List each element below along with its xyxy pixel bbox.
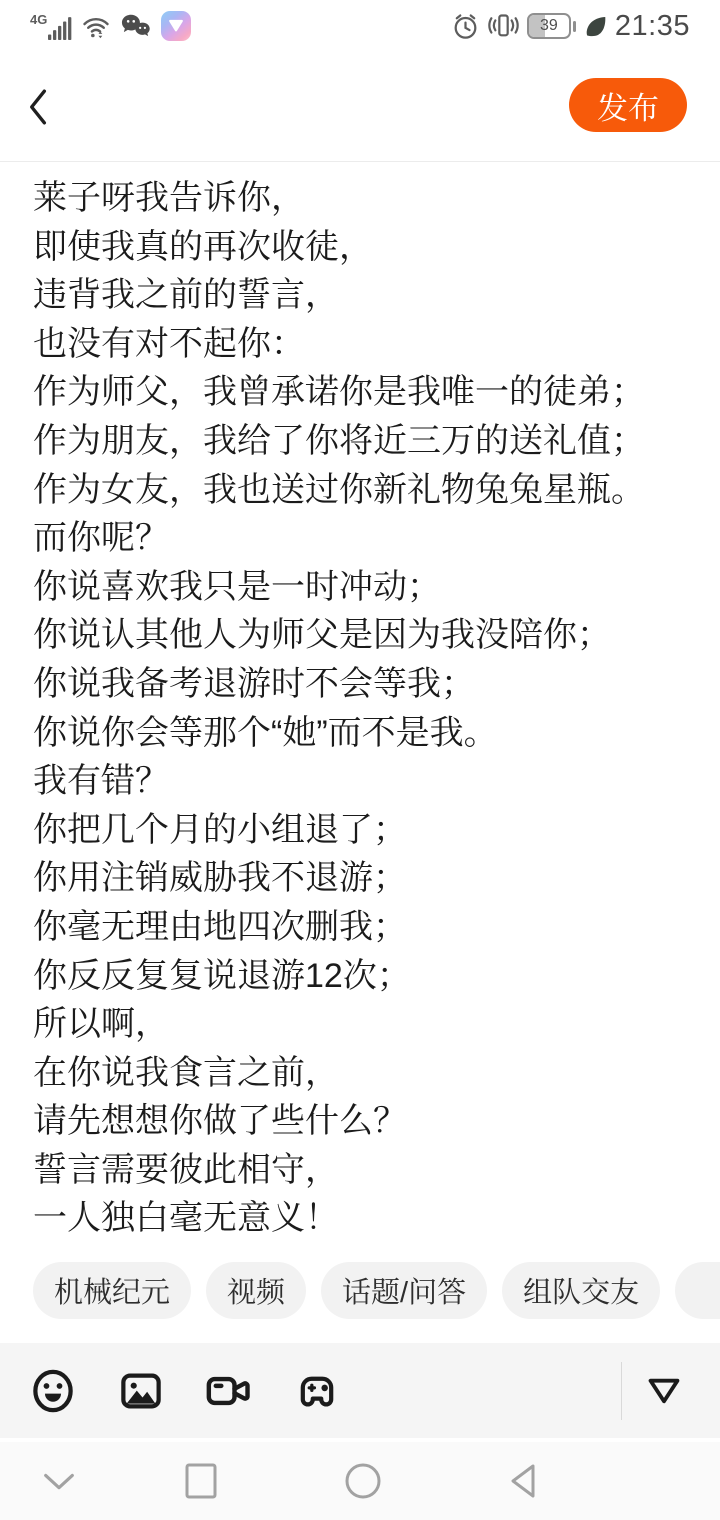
- square-icon: [184, 1462, 218, 1500]
- app-badge-icon: [161, 11, 191, 41]
- header: 发布: [0, 52, 720, 162]
- status-bar: 4G: [0, 0, 720, 52]
- emoji-icon: [30, 1368, 76, 1414]
- circle-icon: [344, 1462, 382, 1500]
- publish-button[interactable]: 发布: [569, 78, 687, 132]
- power-saving-leaf-icon: [583, 14, 608, 39]
- insert-video-button[interactable]: [206, 1368, 252, 1414]
- insert-image-button[interactable]: [118, 1368, 164, 1414]
- insert-game-button[interactable]: [294, 1368, 340, 1414]
- battery-percent: 39: [540, 17, 558, 35]
- composer-toolbar: [0, 1343, 720, 1438]
- status-left-cluster: 4G: [30, 11, 200, 41]
- status-right-cluster: 39 21:35: [444, 10, 690, 43]
- battery-cap: [573, 21, 576, 32]
- emoji-button[interactable]: [30, 1368, 76, 1414]
- system-navbar: [0, 1442, 720, 1520]
- network-type-label: 4G: [30, 13, 47, 26]
- signal-strength-icon: 4G: [30, 13, 72, 40]
- image-icon: [118, 1368, 164, 1414]
- nav-back-button[interactable]: [490, 1442, 554, 1520]
- status-time: 21:35: [615, 10, 690, 43]
- triangle-left-icon: [505, 1462, 539, 1500]
- back-button[interactable]: [26, 85, 66, 129]
- toolbar-divider: [621, 1362, 622, 1420]
- game-icon: [294, 1368, 340, 1414]
- tag-chip-partial[interactable]: [675, 1262, 720, 1319]
- tag-chips-row: 机械纪元 视频 话题/问答 组队交友: [0, 1239, 720, 1343]
- tag-chip-team-friends[interactable]: 组队交友: [502, 1262, 660, 1319]
- chevron-left-icon: [26, 88, 50, 126]
- wechat-icon: [120, 13, 152, 40]
- wifi-icon: [81, 13, 111, 40]
- collapse-toolbar-button[interactable]: [634, 1368, 694, 1414]
- hide-navbar-button[interactable]: [27, 1442, 91, 1520]
- vibrate-icon: [487, 12, 520, 41]
- video-icon: [205, 1369, 253, 1413]
- collapse-triangle-icon: [645, 1375, 683, 1407]
- tag-chip-topic-qa[interactable]: 话题/问答: [321, 1262, 487, 1319]
- home-button[interactable]: [331, 1442, 395, 1520]
- tag-chip-jixie-jiyuan[interactable]: 机械纪元: [33, 1262, 191, 1319]
- battery-indicator: 39: [527, 13, 571, 39]
- chevron-down-icon: [41, 1471, 77, 1491]
- recents-button[interactable]: [169, 1442, 233, 1520]
- tag-chip-video[interactable]: 视频: [206, 1262, 306, 1319]
- post-content-textarea[interactable]: 莱子呀我告诉你， 即使我真的再次收徒， 违背我之前的誓言， 也没有对不起你： 作…: [0, 162, 720, 1239]
- screen: 4G: [0, 0, 720, 1520]
- alarm-icon: [451, 12, 480, 41]
